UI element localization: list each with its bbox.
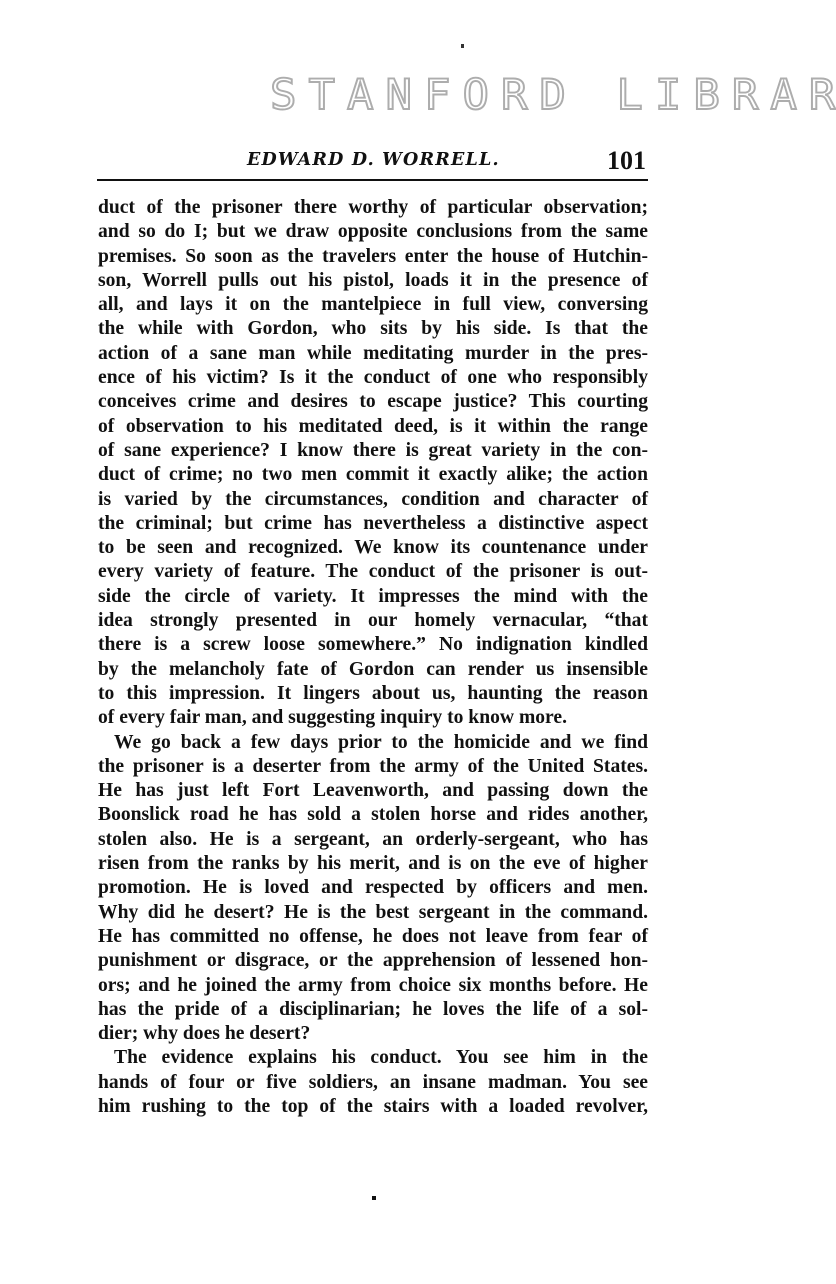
text-line: the while with Gordon, who sits by his s… [98, 317, 648, 341]
text-line: He has just left Fort Leavenworth, and p… [98, 779, 648, 803]
stamp-tick-mark [461, 44, 464, 48]
library-stamp: STANFORD LIBRARY [270, 72, 730, 120]
text-line: son, Worrell pulls out his pistol, loads… [98, 269, 648, 293]
text-line: risen from the ranks by his merit, and i… [98, 852, 648, 876]
text-line: duct of the prisoner there worthy of par… [98, 196, 648, 220]
text-line: to be seen and recognized. We know its c… [98, 536, 648, 560]
text-line: every variety of feature. The conduct of… [98, 560, 648, 584]
text-line: hands of four or five soldiers, an insan… [98, 1071, 648, 1095]
page-number: 101 [607, 146, 646, 176]
running-title: EDWARD D. WORRELL. [247, 150, 500, 170]
text-line: Why did he desert? He is the best sergea… [98, 901, 648, 925]
text-line: ors; and he joined the army from choice … [98, 974, 648, 998]
text-line: all, and lays it on the mantelpiece in f… [98, 293, 648, 317]
text-line: premises. So soon as the travelers enter… [98, 245, 648, 269]
paragraph-3: The evidence explains his conduct. You s… [98, 1046, 648, 1119]
text-line: Boonslick road he has sold a stolen hors… [98, 803, 648, 827]
text-line: of every fair man, and suggesting inquir… [98, 706, 648, 730]
paragraph-2: We go back a few days prior to the homic… [98, 731, 648, 1047]
running-head: EDWARD D. WORRELL. 101 [97, 146, 648, 176]
text-line: has the pride of a disciplinarian; he lo… [98, 998, 648, 1022]
text-line: and so do I; but we draw opposite conclu… [98, 220, 648, 244]
text-line: him rushing to the top of the stairs wit… [98, 1095, 648, 1119]
text-line: He has committed no offense, he does not… [98, 925, 648, 949]
text-line: idea strongly presented in our homely ve… [98, 609, 648, 633]
text-line: there is a screw loose somewhere.” No in… [98, 633, 648, 657]
header-rule [97, 179, 648, 181]
body-text: duct of the prisoner there worthy of par… [98, 196, 648, 1119]
footer-mark [372, 1196, 376, 1200]
text-line: to this impression. It lingers about us,… [98, 682, 648, 706]
text-line: stolen also. He is a sergeant, an orderl… [98, 828, 648, 852]
text-line: action of a sane man while meditating mu… [98, 342, 648, 366]
text-line: dier; why does he desert? [98, 1022, 648, 1046]
text-line: conceives crime and desires to escape ju… [98, 390, 648, 414]
text-line: duct of crime; no two men commit it exac… [98, 463, 648, 487]
text-line: is varied by the circumstances, conditio… [98, 488, 648, 512]
text-line: We go back a few days prior to the homic… [98, 731, 648, 755]
text-line: promotion. He is loved and respected by … [98, 876, 648, 900]
text-line: side the circle of variety. It impresses… [98, 585, 648, 609]
text-line: of observation to his meditated deed, is… [98, 415, 648, 439]
text-line: of sane experience? I know there is grea… [98, 439, 648, 463]
paragraph-1: duct of the prisoner there worthy of par… [98, 196, 648, 731]
text-line: punishment or disgrace, or the apprehens… [98, 949, 648, 973]
text-line: by the melancholy fate of Gordon can ren… [98, 658, 648, 682]
text-line: ence of his victim? Is it the conduct of… [98, 366, 648, 390]
text-line: the prisoner is a deserter from the army… [98, 755, 648, 779]
text-line: The evidence explains his conduct. You s… [98, 1046, 648, 1070]
text-line: the criminal; but crime has nevertheless… [98, 512, 648, 536]
